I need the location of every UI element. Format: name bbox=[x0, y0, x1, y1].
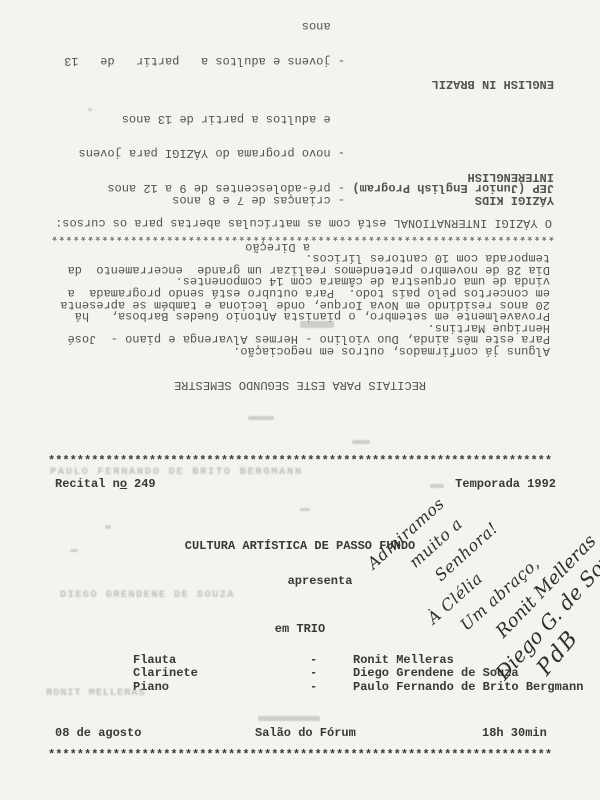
course-desc-line: e adultos a partir de 13 anos bbox=[79, 112, 345, 124]
enrollment-line: O YÁZIGI INTERNATIONAL está com as matrí… bbox=[0, 217, 600, 229]
course-row: INTERENGLISH - novo programa do YÁZIGI p… bbox=[0, 89, 554, 182]
course-desc-line: - crianças de 7 e 8 anos bbox=[172, 193, 345, 205]
recitals-title: RECITAIS PARA ESTE SEGUNDO SEMESTRE bbox=[0, 378, 600, 394]
ghost-bleedthrough-line: RONIT MELLERAS bbox=[46, 687, 156, 699]
paragraph-line: Alguns já confirmados, outros em negocia… bbox=[0, 344, 550, 356]
course-row: ENGLISH IN BRAZIL - jovens e adultos a p… bbox=[0, 0, 554, 89]
ghost-bleedthrough-line: DIEGO GRENDENE DE SOUZA bbox=[60, 589, 275, 601]
event-date: 08 de agosto bbox=[55, 726, 141, 740]
stars-divider-bottom: ****************************************… bbox=[48, 748, 552, 762]
instrument-label: Piano bbox=[133, 681, 310, 694]
course-label: INTERENGLISH bbox=[345, 89, 554, 182]
instrument-label: Clarinete bbox=[133, 667, 310, 680]
course-desc-line: anos bbox=[64, 19, 345, 31]
event-venue: Salão do Fórum bbox=[255, 726, 356, 740]
scanned-program-page: RECITAIS PARA ESTE SEGUNDO SEMESTRE Algu… bbox=[0, 0, 600, 800]
course-list: YÁZIGI KIDS - crianças de 7 e 8 anos JEP… bbox=[0, 0, 600, 205]
dash-separator: - bbox=[310, 667, 353, 680]
newsletter-paragraph: Alguns já confirmados, outros em negocia… bbox=[0, 252, 600, 356]
course-desc-line: - jovens e adultos a partir de 13 bbox=[64, 54, 345, 66]
course-label: YÁZIGI KIDS bbox=[345, 193, 554, 205]
instrument-label: Flauta bbox=[133, 654, 310, 667]
paragraph-line: em concertos pelo país todo. Para outubr… bbox=[0, 286, 550, 298]
stars-divider: ****************************************… bbox=[0, 228, 600, 240]
course-desc-line: - pré-adolescentes de 9 a 12 anos bbox=[107, 182, 345, 194]
course-desc-line: - novo programa do YÁZIGI para jovens bbox=[79, 147, 345, 159]
flipped-newsletter-section: RECITAIS PARA ESTE SEGUNDO SEMESTRE Algu… bbox=[0, 40, 600, 394]
dash-separator: - bbox=[310, 681, 353, 694]
dash-separator: - bbox=[310, 654, 353, 667]
recital-number: Recital no249 bbox=[55, 477, 156, 491]
course-label: ENGLISH IN BRAZIL bbox=[345, 0, 554, 89]
ordinal-indicator: o bbox=[120, 477, 127, 491]
course-row: YÁZIGI KIDS - crianças de 7 e 8 anos bbox=[0, 193, 554, 205]
